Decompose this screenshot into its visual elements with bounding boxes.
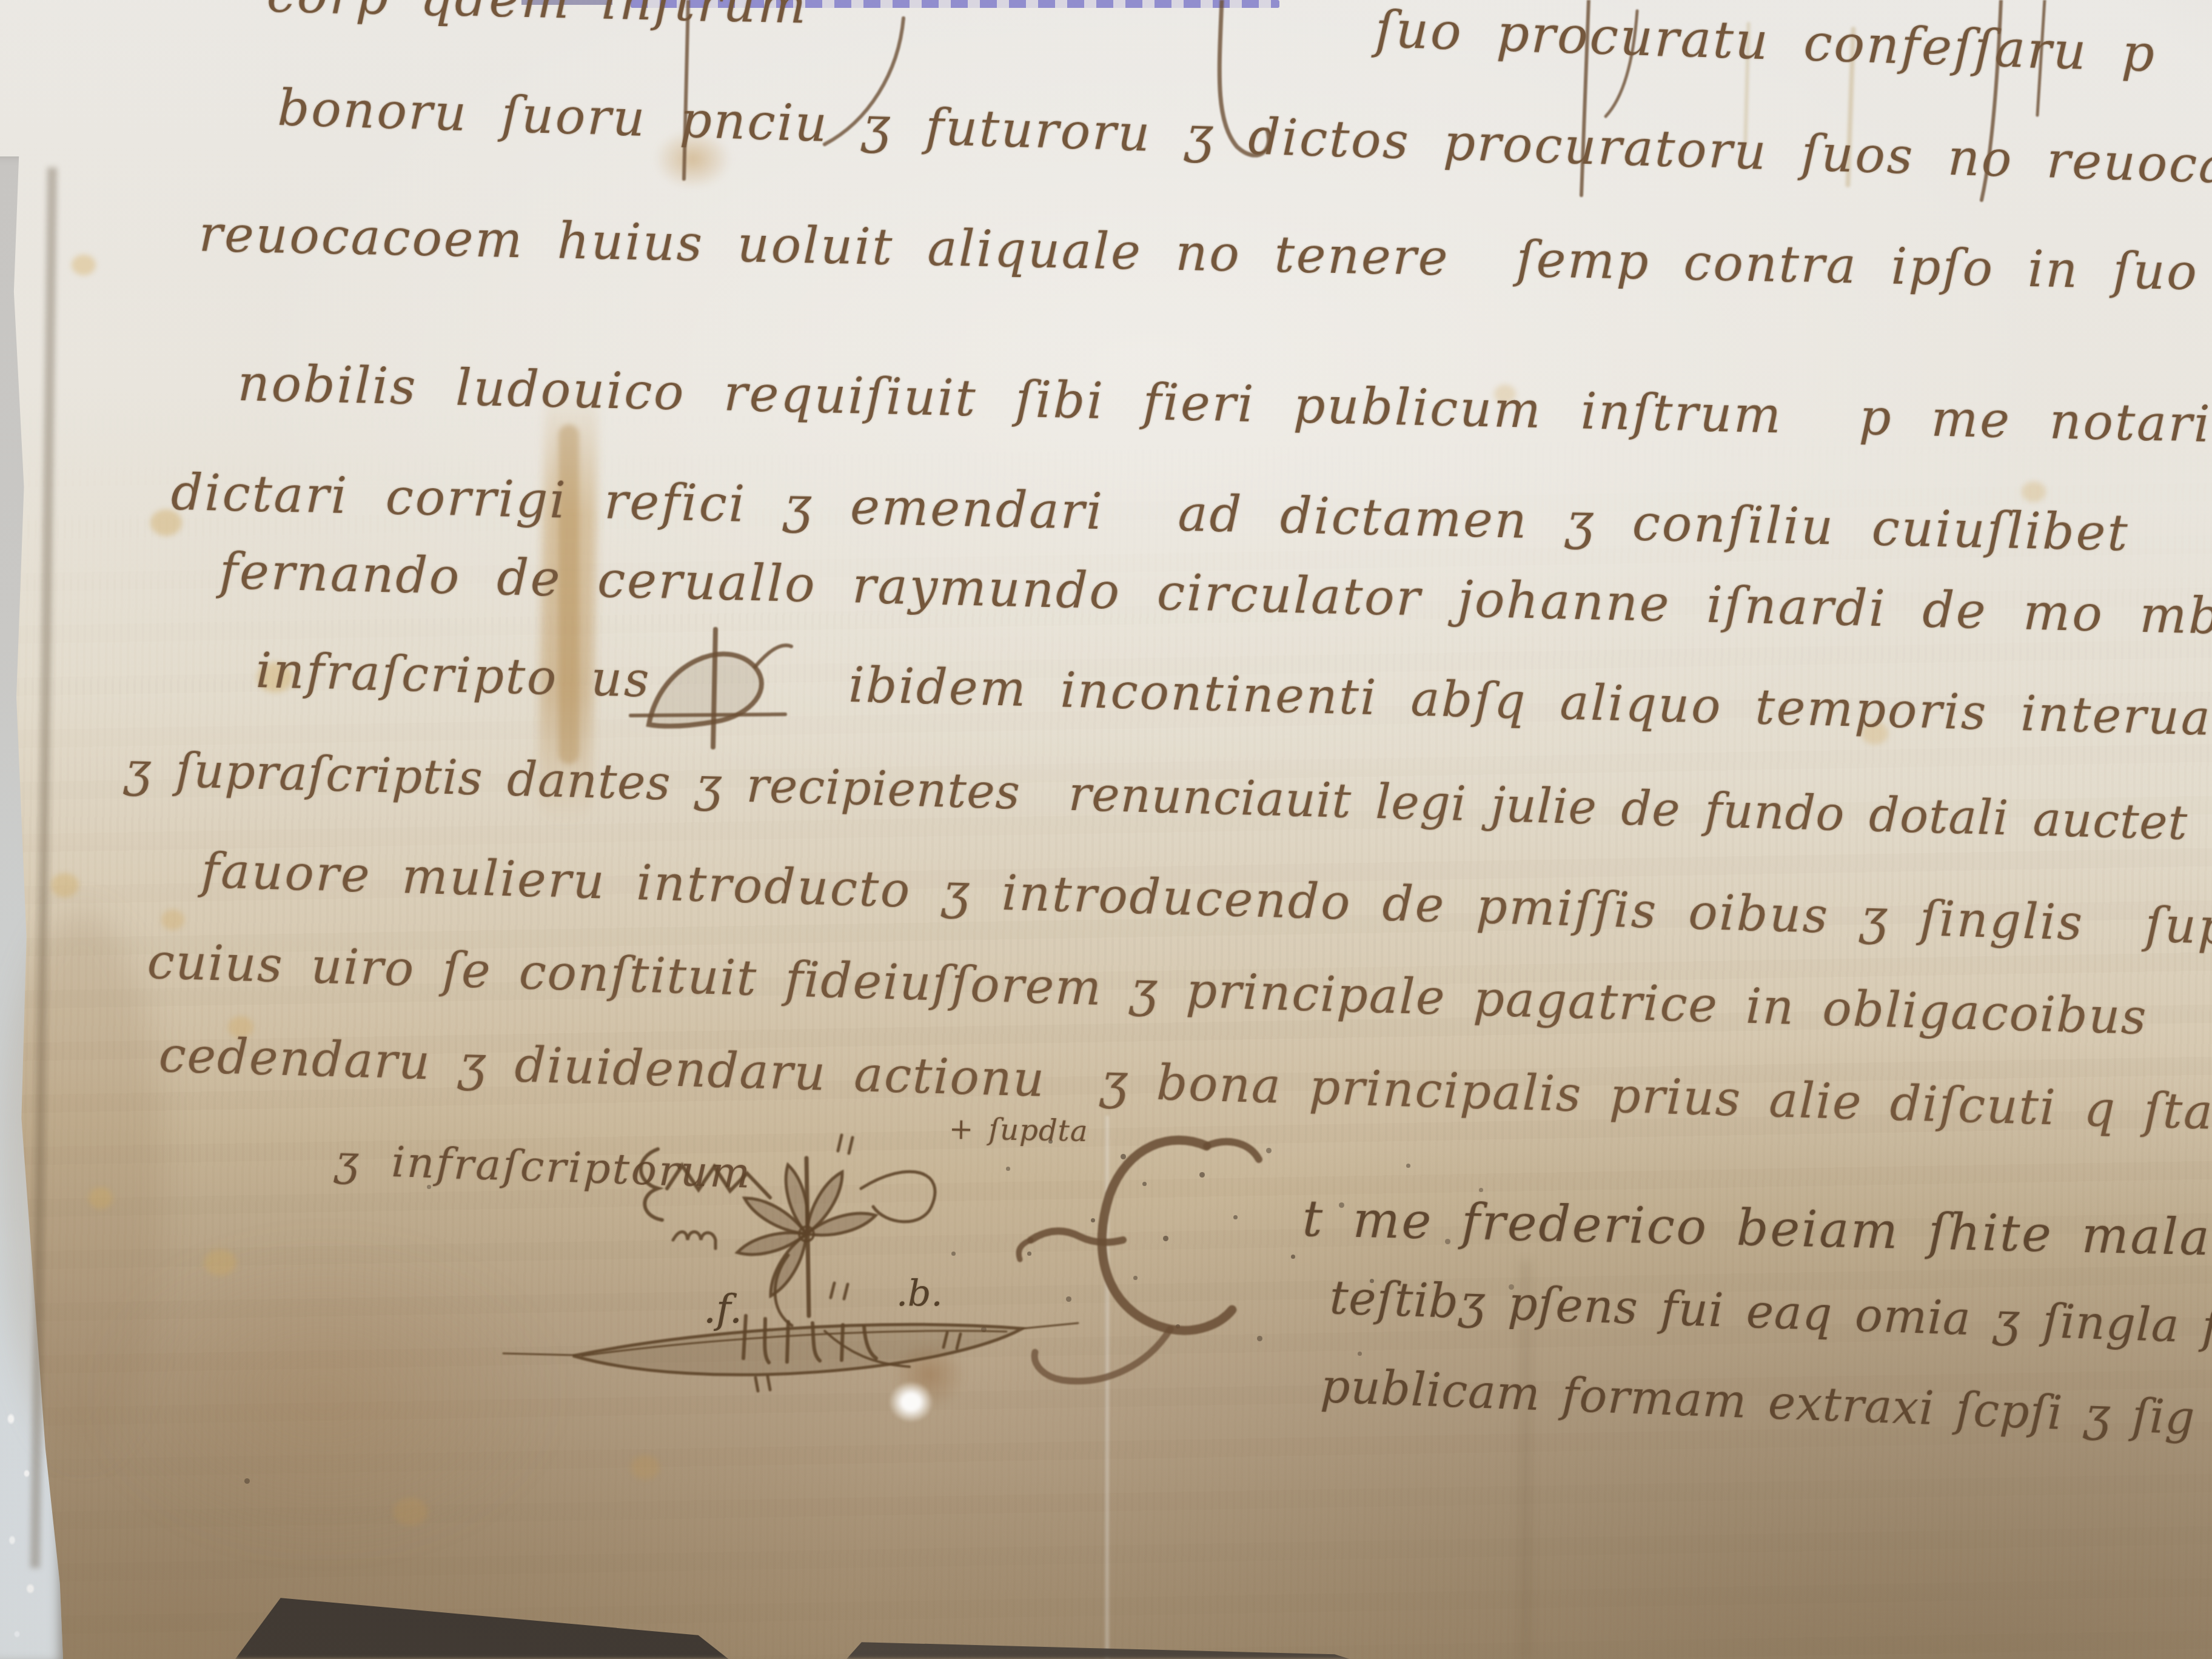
photo-vignette <box>0 0 2212 1659</box>
manuscript-photo: corp qdem inſtrum ſuo procuratu confeſſa… <box>0 0 2212 1659</box>
